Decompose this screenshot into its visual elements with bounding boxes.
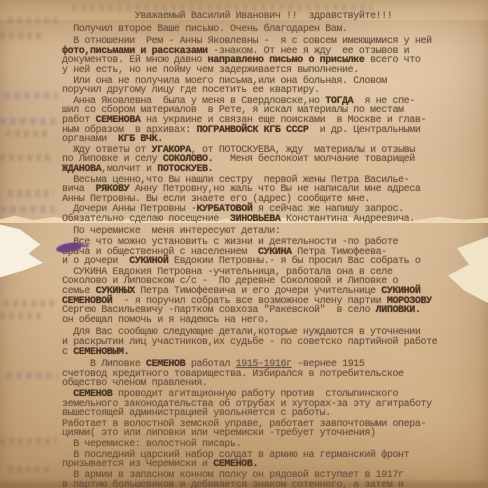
typed-paragraph: СЕМЕНОВ проводит агитационную работу про…	[62, 390, 476, 419]
torn-edge-left	[0, 224, 44, 278]
typed-paragraph: По черемиске меня интересуют детали:	[62, 227, 476, 237]
typed-paragraph: Получил второе Ваше письмо. Очень благод…	[62, 25, 476, 35]
bleedthrough-mark	[6, 130, 48, 137]
typed-paragraph: В армии в запасном конном полку он рядов…	[62, 471, 476, 481]
bleedthrough-mark	[4, 300, 54, 307]
letter-text: Уважаемый Василий Иванович !! здравствуй…	[62, 12, 476, 488]
typed-paragraph: Для Вас сообщаю следующие детали,которые…	[62, 328, 476, 357]
bleedthrough-mark	[0, 32, 42, 39]
bleedthrough-mark	[0, 154, 50, 161]
typed-paragraph: СУКИНА Евдокия Петровна -учительница, ра…	[62, 268, 476, 326]
typed-paragraph: Весьма ценно,что Вы нашли сестру первой …	[62, 176, 476, 205]
typed-paragraph: В черемиске: волостной писарь.	[62, 440, 476, 450]
scanned-letter-page: Уважаемый Василий Иванович !! здравствуй…	[0, 0, 488, 488]
bleedthrough-mark	[4, 92, 58, 99]
typed-paragraph: Все что можно установить с жизни и деяте…	[62, 238, 476, 267]
typed-paragraph: Работает в волостной земской управе, раб…	[62, 420, 476, 439]
typed-paragraph: Дочери Анны Петровны -КУРБАТОВОЙ я сейча…	[62, 205, 476, 224]
typed-paragraph: Анна Яковлевна была у меня в Свердловске…	[62, 97, 476, 145]
typed-paragraph: В последний царский набор солдат в армию…	[62, 451, 476, 470]
typed-paragraph: Жду ответы от УГАКОРА, от ПОТОСКУЕВА, жд…	[62, 146, 476, 175]
bleedthrough-mark	[8, 190, 54, 197]
bleedthrough-mark	[0, 438, 56, 445]
bleedthrough-mark	[0, 312, 44, 319]
typed-paragraph: в партию большевиков и добивается знаком…	[62, 481, 476, 488]
bleedthrough-mark	[0, 206, 55, 213]
typed-paragraph: В отношении Рем - Анны Яковлевны - я с с…	[62, 37, 476, 75]
bleedthrough-mark	[0, 118, 58, 125]
bleedthrough-mark	[6, 372, 58, 379]
bleedthrough-mark	[8, 466, 52, 473]
typed-paragraph: В Липовке СЕМЕНОВ работал 1915-1916г -ве…	[62, 360, 476, 389]
salutation-line: Уважаемый Василий Иванович !! здравствуй…	[62, 12, 476, 22]
typed-paragraph: Или она не получила моего письма,или она…	[62, 77, 476, 96]
